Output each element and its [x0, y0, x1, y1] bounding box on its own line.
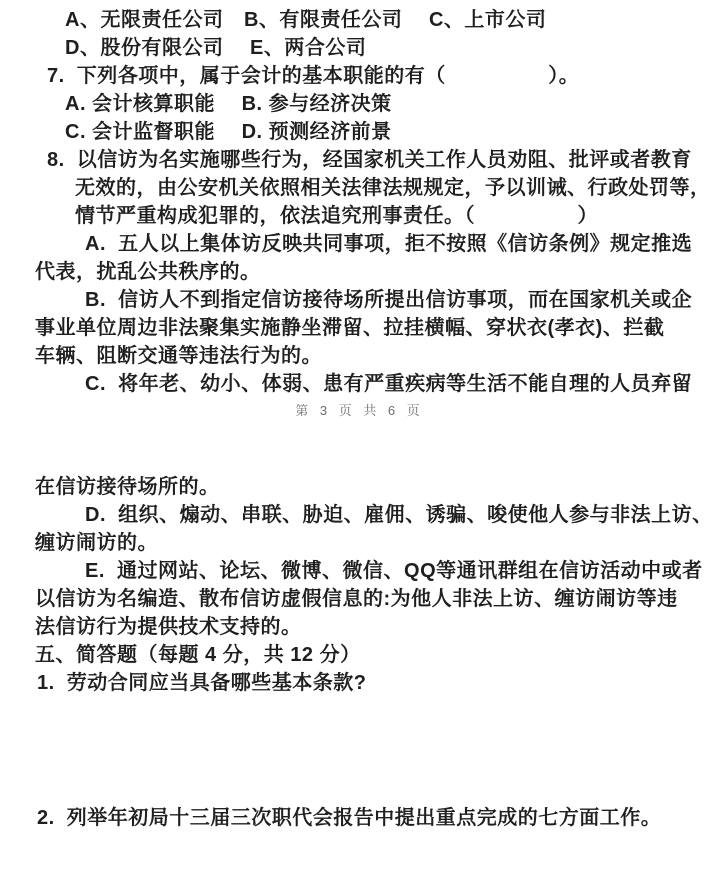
- text-line: A. 会计核算职能 B. 参与经济决策: [0, 90, 719, 118]
- text-line: 缠访闹访的。: [0, 529, 719, 557]
- text-line: 在信访接待场所的。: [0, 473, 719, 501]
- page4-text-block: 在信访接待场所的。D. 组织、煽动、串联、胁迫、雇佣、诱骗、唆使他人参与非法上访…: [0, 473, 719, 697]
- text-line: 法信访行为提供技术支持的。: [0, 613, 719, 641]
- text-line: 1. 劳动合同应当具备哪些基本条款?: [0, 669, 719, 697]
- text-line: 8. 以信访为名实施哪些行为，经国家机关工作人员劝阻、批评或者教育: [0, 146, 719, 174]
- text-line: 代表，扰乱公共秩序的。: [0, 258, 719, 286]
- text-line: 以信访为名编造、散布信访虚假信息的:为他人非法上访、缠访闹访等违: [0, 585, 719, 613]
- text-line: 2. 列举年初局十三届三次职代会报告中提出重点完成的七方面工作。: [0, 804, 719, 832]
- text-line: 情节严重构成犯罪的，依法追究刑事责任。（ ）: [0, 202, 719, 230]
- text-line: 7. 下列各项中，属于会计的基本职能的有（ ）。: [0, 62, 719, 90]
- text-line: 无效的，由公安机关依照相关法律法规规定，予以训诫、行政处罚等，: [0, 174, 719, 202]
- text-line: A、无限责任公司 B、有限责任公司 C、上市公司: [0, 6, 719, 34]
- text-line: 车辆、阻断交通等违法行为的。: [0, 342, 719, 370]
- text-line: C. 将年老、幼小、体弱、患有严重疾病等生活不能自理的人员弃留: [0, 370, 719, 398]
- document-page: A、无限责任公司 B、有限责任公司 C、上市公司D、股份有限公司 E、两合公司7…: [0, 0, 719, 896]
- text-line: 事业单位周边非法聚集实施静坐滞留、拉挂横幅、穿状衣(孝衣)、拦截: [0, 314, 719, 342]
- text-line: D. 组织、煽动、串联、胁迫、雇佣、诱骗、唆使他人参与非法上访、: [0, 501, 719, 529]
- text-line: C. 会计监督职能 D. 预测经济前景: [0, 118, 719, 146]
- text-line: 五、简答题（每题 4 分，共 12 分）: [0, 641, 719, 669]
- text-line: E. 通过网站、论坛、微博、微信、QQ等通讯群组在信访活动中或者: [0, 557, 719, 585]
- text-line: A. 五人以上集体访反映共同事项，拒不按照《信访条例》规定推选: [0, 230, 719, 258]
- page3-text-block: A、无限责任公司 B、有限责任公司 C、上市公司D、股份有限公司 E、两合公司7…: [0, 6, 719, 398]
- question2-block: 2. 列举年初局十三届三次职代会报告中提出重点完成的七方面工作。: [0, 804, 719, 832]
- page-number-footer: 第 3 页 共 6 页: [0, 402, 719, 420]
- text-line: B. 信访人不到指定信访接待场所提出信访事项，而在国家机关或企: [0, 286, 719, 314]
- text-line: D、股份有限公司 E、两合公司: [0, 34, 719, 62]
